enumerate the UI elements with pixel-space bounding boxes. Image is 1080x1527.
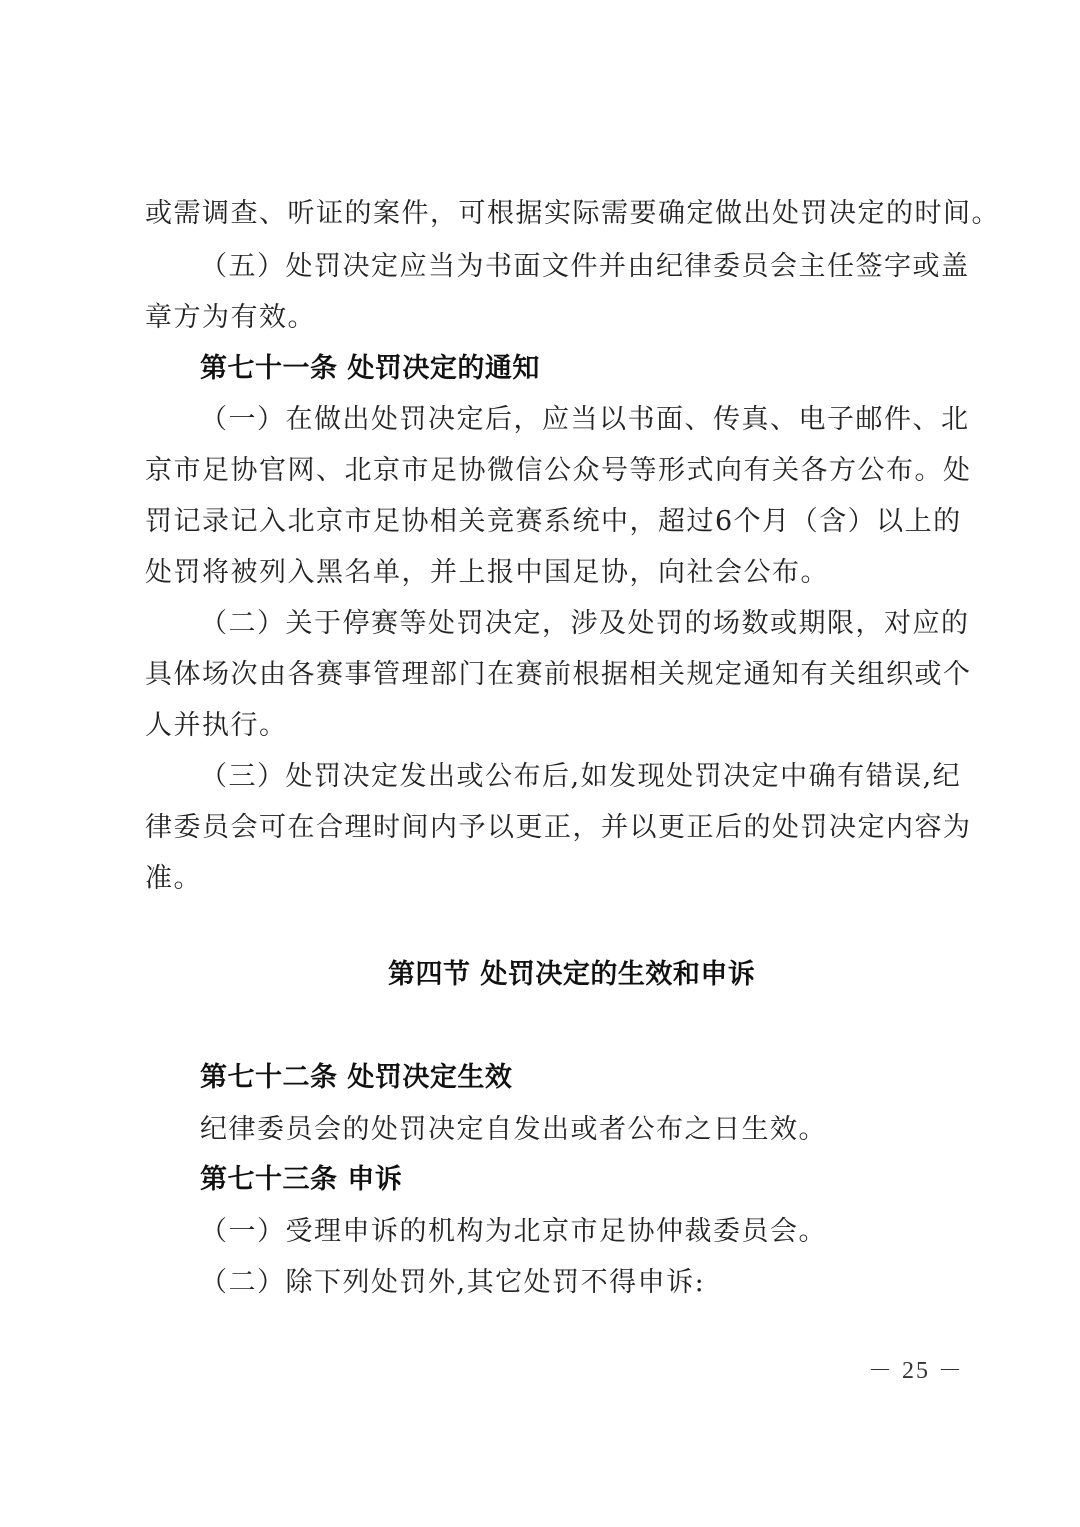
article-heading: 第七十二条 处罚决定生效 <box>200 1058 512 1098</box>
page-number: － 25 － <box>868 1350 964 1385</box>
article-heading: 第七十三条 申诉 <box>200 1160 402 1200</box>
paragraph-line: 处罚将被列入黑名单，并上报中国足协，向社会公布。 <box>145 553 829 593</box>
section-title: 第四节 处罚决定的生效和申诉 <box>388 955 755 995</box>
paragraph-line: 律委员会可在合理时间内予以更正，并以更正后的处罚决定内容为 <box>145 808 972 848</box>
paragraph-line: （二）关于停赛等处罚决定，涉及处罚的场数或期限，对应的 <box>200 604 970 644</box>
paragraph-line: 具体场次由各赛事管理部门在赛前根据相关规定通知有关组织或个 <box>145 655 972 695</box>
paragraph-line: 罚记录记入北京市足协相关竞赛系统中，超过6个月（含）以上的 <box>145 502 962 542</box>
paragraph-line: （一）在做出处罚决定后，应当以书面、传真、电子邮件、北 <box>200 400 970 440</box>
paragraph-line: （一）受理申诉的机构为北京市足协仲裁委员会。 <box>200 1212 827 1252</box>
paragraph-line: 京市足协官网、北京市足协微信公众号等形式向有关各方公布。处 <box>145 451 972 491</box>
paragraph-line: （三）处罚决定发出或公布后,如发现处罚决定中确有错误,纪 <box>200 757 961 797</box>
paragraph-line: 准。 <box>145 859 202 899</box>
paragraph-line: 人并执行。 <box>145 706 288 746</box>
paragraph-line: 章方为有效。 <box>145 298 316 338</box>
paragraph-line: 或需调查、听证的案件，可根据实际需要确定做出处罚决定的时间。 <box>145 194 1000 234</box>
paragraph-line: （五）处罚决定应当为书面文件并由纪律委员会主任签字或盖 <box>200 247 970 287</box>
paragraph-line: 纪律委员会的处罚决定自发出或者公布之日生效。 <box>200 1110 827 1150</box>
article-heading: 第七十一条 处罚决定的通知 <box>200 349 540 389</box>
paragraph-line: （二）除下列处罚外,其它处罚不得申诉: <box>200 1263 705 1303</box>
